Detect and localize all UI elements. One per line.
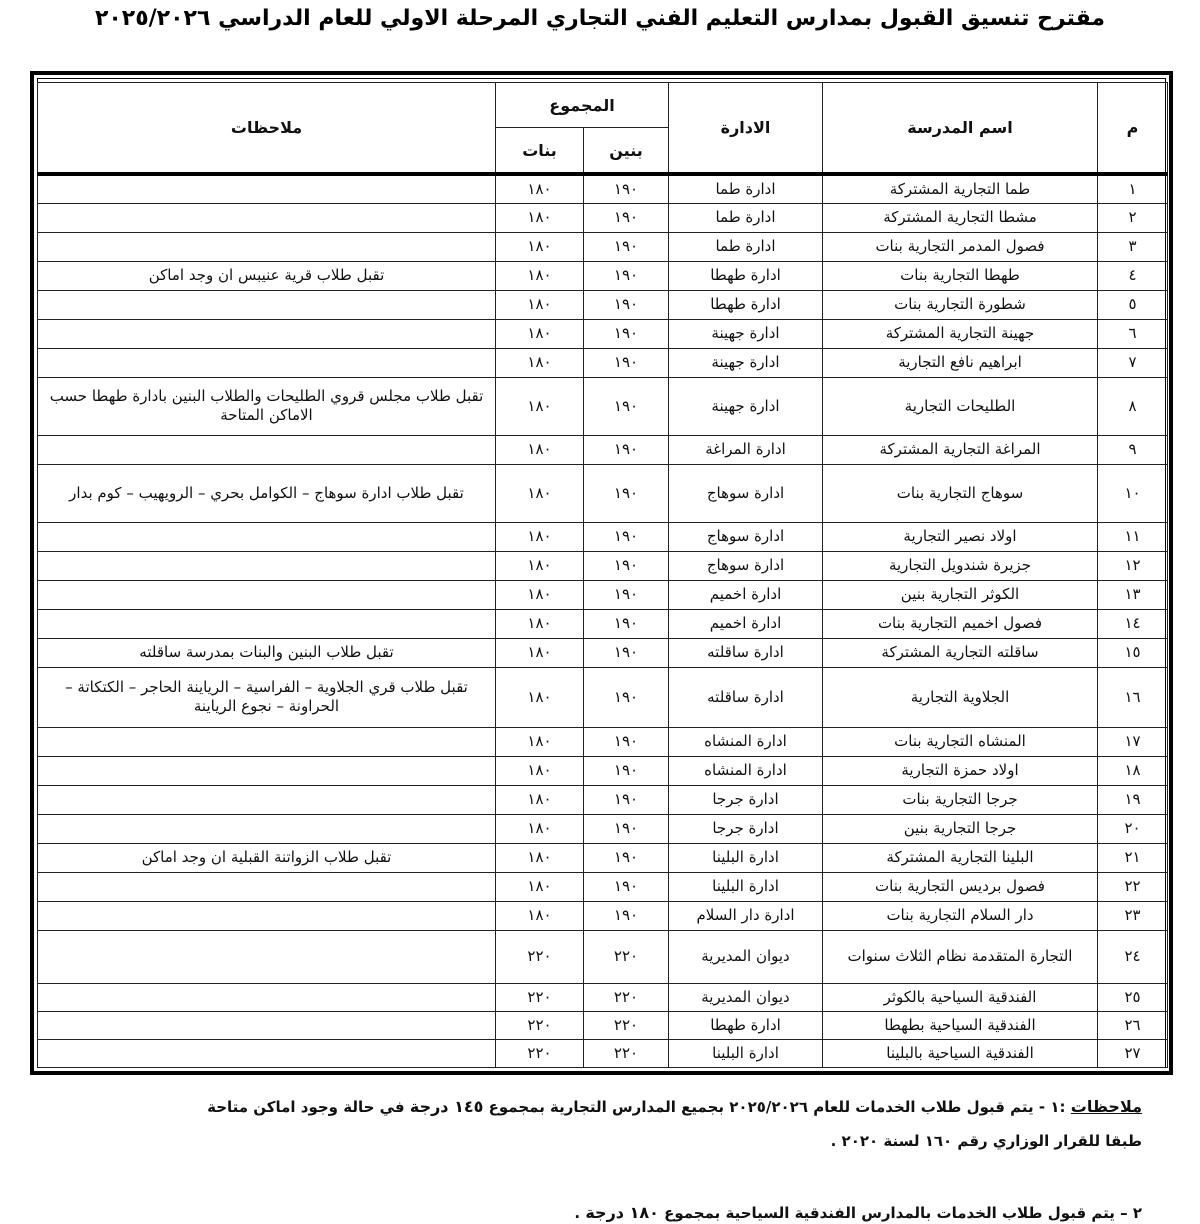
administration: ادارة طهطا: [669, 290, 823, 319]
administration: ادارة البلينا: [669, 843, 823, 872]
administration: ادارة اخميم: [669, 609, 823, 638]
table-row: ٢٤التجارة المتقدمة نظام الثلاث سنواتديوا…: [38, 930, 1168, 983]
row-index: ٢٢: [1098, 872, 1168, 901]
girls-score: ١٨٠: [496, 174, 584, 203]
administration: ديوان المديرية: [669, 930, 823, 983]
girls-score: ١٨٠: [496, 377, 584, 435]
school-name: جرجا التجارية بنين: [823, 814, 1098, 843]
girls-score: ١٨٠: [496, 843, 584, 872]
row-notes: [38, 203, 496, 232]
school-name: البلينا التجارية المشتركة: [823, 843, 1098, 872]
school-name: ساقلته التجارية المشتركة: [823, 638, 1098, 667]
table-row: ١١اولاد نصير التجاريةادارة سوهاج١٩٠١٨٠: [38, 522, 1168, 551]
table-row: ١٢جزيرة شندويل التجاريةادارة سوهاج١٩٠١٨٠: [38, 551, 1168, 580]
table-row: ٢مشطا التجارية المشتركةادارة طما١٩٠١٨٠: [38, 203, 1168, 232]
girls-score: ١٨٠: [496, 203, 584, 232]
school-name: الطليحات التجارية: [823, 377, 1098, 435]
girls-score: ١٨٠: [496, 727, 584, 756]
school-name: جرجا التجارية بنات: [823, 785, 1098, 814]
table-row: ٣فصول المدمر التجارية بناتادارة طما١٩٠١٨…: [38, 232, 1168, 261]
row-index: ٢٥: [1098, 983, 1168, 1011]
row-notes: [38, 785, 496, 814]
table-row: ١٩جرجا التجارية بناتادارة جرجا١٩٠١٨٠: [38, 785, 1168, 814]
row-notes: تقبل طلاب مجلس قروي الطليحات والطلاب الب…: [38, 377, 496, 435]
row-notes: [38, 609, 496, 638]
document-title: مقترح تنسيق القبول بمدارس التعليم الفني …: [0, 6, 1200, 31]
administration: ادارة طما: [669, 232, 823, 261]
score-180: ١٨٠ درجة: [585, 1203, 659, 1222]
row-index: ٥: [1098, 290, 1168, 319]
table-row: ٥شطورة التجارية بناتادارة طهطا١٩٠١٨٠: [38, 290, 1168, 319]
table-row: ١٧المنشاه التجارية بناتادارة المنشاه١٩٠١…: [38, 727, 1168, 756]
table-row: ٢٦الفندقية السياحية بطهطاادارة طهطا٢٢٠٢٢…: [38, 1011, 1168, 1039]
boys-score: ١٩٠: [584, 203, 669, 232]
table-row: ٢٢فصول برديس التجارية بناتادارة البلينا١…: [38, 872, 1168, 901]
row-index: ١٠: [1098, 464, 1168, 522]
row-index: ٦: [1098, 319, 1168, 348]
administration: ديوان المديرية: [669, 983, 823, 1011]
school-name: الفندقية السياحية بالكوثر: [823, 983, 1098, 1011]
administration: ادارة جرجا: [669, 785, 823, 814]
administration: ادارة سوهاج: [669, 551, 823, 580]
school-name: المنشاه التجارية بنات: [823, 727, 1098, 756]
school-name: طما التجارية المشتركة: [823, 174, 1098, 203]
girls-score: ١٨٠: [496, 785, 584, 814]
boys-score: ١٩٠: [584, 348, 669, 377]
girls-score: ١٨٠: [496, 551, 584, 580]
table-row: ٩المراغة التجارية المشتركةادارة المراغة١…: [38, 435, 1168, 464]
girls-score: ١٨٠: [496, 522, 584, 551]
row-notes: تقبل طلاب الزواتنة القبلية ان وجد اماكن: [38, 843, 496, 872]
school-name: الكوثر التجارية بنين: [823, 580, 1098, 609]
administration: ادارة طهطا: [669, 261, 823, 290]
table-row: ٤طهطا التجارية بناتادارة طهطا١٩٠١٨٠تقبل …: [38, 261, 1168, 290]
header-school: اسم المدرسة: [823, 83, 1098, 175]
boys-score: ٢٢٠: [584, 1011, 669, 1039]
girls-score: ١٨٠: [496, 261, 584, 290]
row-notes: [38, 901, 496, 930]
row-index: ٢٣: [1098, 901, 1168, 930]
boys-score: ١٩٠: [584, 290, 669, 319]
header-girls: بنات: [496, 128, 584, 175]
school-name: الفندقية السياحية بالبلينا: [823, 1039, 1098, 1067]
table-row: ٢١البلينا التجارية المشتركةادارة البلينا…: [38, 843, 1168, 872]
boys-score: ١٩٠: [584, 727, 669, 756]
table-row: ١٦الجلاوية التجاريةادارة ساقلته١٩٠١٨٠تقب…: [38, 667, 1168, 727]
school-name: التجارة المتقدمة نظام الثلاث سنوات: [823, 930, 1098, 983]
row-notes: [38, 319, 496, 348]
school-name: ابراهيم نافع التجارية: [823, 348, 1098, 377]
school-name: فصول برديس التجارية بنات: [823, 872, 1098, 901]
row-index: ١٤: [1098, 609, 1168, 638]
administration: ادارة المراغة: [669, 435, 823, 464]
row-notes: [38, 290, 496, 319]
row-notes: [38, 580, 496, 609]
girls-score: ١٨٠: [496, 464, 584, 522]
school-name: فصول المدمر التجارية بنات: [823, 232, 1098, 261]
boys-score: ١٩٠: [584, 843, 669, 872]
school-name: سوهاج التجارية بنات: [823, 464, 1098, 522]
school-name: الجلاوية التجارية: [823, 667, 1098, 727]
admission-table: م اسم المدرسة الادارة المجموع ملاحظات بن…: [37, 82, 1168, 1068]
administration: ادارة طهطا: [669, 1011, 823, 1039]
school-name: اولاد نصير التجارية: [823, 522, 1098, 551]
row-index: ٢٠: [1098, 814, 1168, 843]
girls-score: ١٨٠: [496, 232, 584, 261]
school-name: شطورة التجارية بنات: [823, 290, 1098, 319]
boys-score: ١٩٠: [584, 756, 669, 785]
table-row: ٦جهينة التجارية المشتركةادارة جهينة١٩٠١٨…: [38, 319, 1168, 348]
boys-score: ٢٢٠: [584, 1039, 669, 1067]
administration: ادارة جهينة: [669, 319, 823, 348]
administration: ادارة سوهاج: [669, 464, 823, 522]
row-notes: تقبل طلاب ادارة سوهاج – الكوامل بحري – ا…: [38, 464, 496, 522]
score-145: ١٤٥ درجة: [410, 1097, 484, 1116]
row-notes: [38, 1039, 496, 1067]
boys-score: ١٩٠: [584, 232, 669, 261]
boys-score: ١٩٠: [584, 901, 669, 930]
girls-score: ١٨٠: [496, 638, 584, 667]
row-index: ٣: [1098, 232, 1168, 261]
row-notes: [38, 551, 496, 580]
school-name: جزيرة شندويل التجارية: [823, 551, 1098, 580]
row-notes: [38, 522, 496, 551]
administration: ادارة ساقلته: [669, 667, 823, 727]
row-notes: [38, 983, 496, 1011]
school-name: المراغة التجارية المشتركة: [823, 435, 1098, 464]
row-notes: تقبل طلاب قري الجلاوية – الفراسية – الري…: [38, 667, 496, 727]
row-notes: [38, 232, 496, 261]
girls-score: ٢٢٠: [496, 1011, 584, 1039]
row-index: ٢: [1098, 203, 1168, 232]
administration: ادارة سوهاج: [669, 522, 823, 551]
row-index: ١٩: [1098, 785, 1168, 814]
header-administration: الادارة: [669, 83, 823, 175]
boys-score: ١٩٠: [584, 667, 669, 727]
row-index: ١٧: [1098, 727, 1168, 756]
footer-note-2: ٢ – يتم قبول طلاب الخدمات بالمدارس الفند…: [42, 1196, 1142, 1224]
table-row: ٢٥الفندقية السياحية بالكوثرديوان المديري…: [38, 983, 1168, 1011]
administration: ادارة طما: [669, 174, 823, 203]
boys-score: ١٩٠: [584, 319, 669, 348]
girls-score: ١٨٠: [496, 609, 584, 638]
administration: ادارة البلينا: [669, 872, 823, 901]
row-notes: تقبل طلاب البنين والبنات بمدرسة ساقلته: [38, 638, 496, 667]
header-boys: بنين: [584, 128, 669, 175]
row-index: ١٣: [1098, 580, 1168, 609]
table-row: ٨الطليحات التجاريةادارة جهينة١٩٠١٨٠تقبل …: [38, 377, 1168, 435]
row-index: ٢١: [1098, 843, 1168, 872]
school-name: اولاد حمزة التجارية: [823, 756, 1098, 785]
header-total: المجموع: [496, 83, 669, 128]
row-notes: [38, 756, 496, 785]
administration: ادارة دار السلام: [669, 901, 823, 930]
administration: ادارة البلينا: [669, 1039, 823, 1067]
administration: ادارة المنشاه: [669, 756, 823, 785]
row-index: ٤: [1098, 261, 1168, 290]
header-notes: ملاحظات: [38, 83, 496, 175]
school-name: طهطا التجارية بنات: [823, 261, 1098, 290]
boys-score: ١٩٠: [584, 609, 669, 638]
boys-score: ١٩٠: [584, 435, 669, 464]
administration: ادارة المنشاه: [669, 727, 823, 756]
girls-score: ١٨٠: [496, 348, 584, 377]
table-row: ٧ابراهيم نافع التجاريةادارة جهينة١٩٠١٨٠: [38, 348, 1168, 377]
girls-score: ٢٢٠: [496, 930, 584, 983]
boys-score: ٢٢٠: [584, 930, 669, 983]
girls-score: ١٨٠: [496, 580, 584, 609]
row-notes: [38, 930, 496, 983]
girls-score: ١٨٠: [496, 872, 584, 901]
boys-score: ١٩٠: [584, 872, 669, 901]
table-row: ١٤فصول اخميم التجارية بناتادارة اخميم١٩٠…: [38, 609, 1168, 638]
boys-score: ١٩٠: [584, 377, 669, 435]
school-name: فصول اخميم التجارية بنات: [823, 609, 1098, 638]
girls-score: ١٨٠: [496, 814, 584, 843]
boys-score: ١٩٠: [584, 638, 669, 667]
row-notes: [38, 814, 496, 843]
administration: ادارة جهينة: [669, 377, 823, 435]
row-notes: تقبل طلاب قرية عنيبس ان وجد اماكن: [38, 261, 496, 290]
girls-score: ١٨٠: [496, 319, 584, 348]
administration: ادارة ساقلته: [669, 638, 823, 667]
row-index: ٢٦: [1098, 1011, 1168, 1039]
table-row: ٢٧الفندقية السياحية بالبليناادارة البلين…: [38, 1039, 1168, 1067]
boys-score: ١٩٠: [584, 261, 669, 290]
row-index: ١٦: [1098, 667, 1168, 727]
administration: ادارة طما: [669, 203, 823, 232]
footer-note-1-line-2: طبقا للقرار الوزاري رقم ١٦٠ لسنة ٢٠٢٠ .: [42, 1124, 1142, 1158]
table-row: ٢٠جرجا التجارية بنينادارة جرجا١٩٠١٨٠: [38, 814, 1168, 843]
row-index: ٨: [1098, 377, 1168, 435]
header-index: م: [1098, 83, 1168, 175]
boys-score: ١٩٠: [584, 580, 669, 609]
boys-score: ١٩٠: [584, 785, 669, 814]
table-row: ١٠سوهاج التجارية بناتادارة سوهاج١٩٠١٨٠تق…: [38, 464, 1168, 522]
boys-score: ١٩٠: [584, 464, 669, 522]
notes-label: ملاحظات: [1071, 1097, 1142, 1116]
row-notes: [38, 1011, 496, 1039]
girls-score: ٢٢٠: [496, 983, 584, 1011]
boys-score: ١٩٠: [584, 814, 669, 843]
footer-note-1: ملاحظات :١ - يتم قبول طلاب الخدمات للعام…: [42, 1090, 1142, 1124]
row-index: ١٥: [1098, 638, 1168, 667]
boys-score: ١٩٠: [584, 551, 669, 580]
girls-score: ١٨٠: [496, 435, 584, 464]
boys-score: ٢٢٠: [584, 983, 669, 1011]
row-index: ٢٤: [1098, 930, 1168, 983]
administration: ادارة اخميم: [669, 580, 823, 609]
row-index: ١: [1098, 174, 1168, 203]
row-index: ١٨: [1098, 756, 1168, 785]
school-name: دار السلام التجارية بنات: [823, 901, 1098, 930]
row-index: ١٢: [1098, 551, 1168, 580]
school-name: جهينة التجارية المشتركة: [823, 319, 1098, 348]
row-index: ١١: [1098, 522, 1168, 551]
administration: ادارة جهينة: [669, 348, 823, 377]
school-name: الفندقية السياحية بطهطا: [823, 1011, 1098, 1039]
boys-score: ١٩٠: [584, 522, 669, 551]
girls-score: ١٨٠: [496, 901, 584, 930]
row-notes: [38, 872, 496, 901]
row-index: ٩: [1098, 435, 1168, 464]
row-index: ٢٧: [1098, 1039, 1168, 1067]
boys-score: ١٩٠: [584, 174, 669, 203]
table-row: ١طما التجارية المشتركةادارة طما١٩٠١٨٠: [38, 174, 1168, 203]
school-name: مشطا التجارية المشتركة: [823, 203, 1098, 232]
row-index: ٧: [1098, 348, 1168, 377]
table-row: ٢٣دار السلام التجارية بناتادارة دار السل…: [38, 901, 1168, 930]
table-row: ١٣الكوثر التجارية بنينادارة اخميم١٩٠١٨٠: [38, 580, 1168, 609]
girls-score: ١٨٠: [496, 756, 584, 785]
row-notes: [38, 174, 496, 203]
table-row: ١٥ساقلته التجارية المشتركةادارة ساقلته١٩…: [38, 638, 1168, 667]
girls-score: ١٨٠: [496, 290, 584, 319]
row-notes: [38, 348, 496, 377]
row-notes: [38, 435, 496, 464]
administration: ادارة جرجا: [669, 814, 823, 843]
girls-score: ٢٢٠: [496, 1039, 584, 1067]
footer-notes: ملاحظات :١ - يتم قبول طلاب الخدمات للعام…: [42, 1090, 1142, 1224]
girls-score: ١٨٠: [496, 667, 584, 727]
row-notes: [38, 727, 496, 756]
table-row: ١٨اولاد حمزة التجاريةادارة المنشاه١٩٠١٨٠: [38, 756, 1168, 785]
